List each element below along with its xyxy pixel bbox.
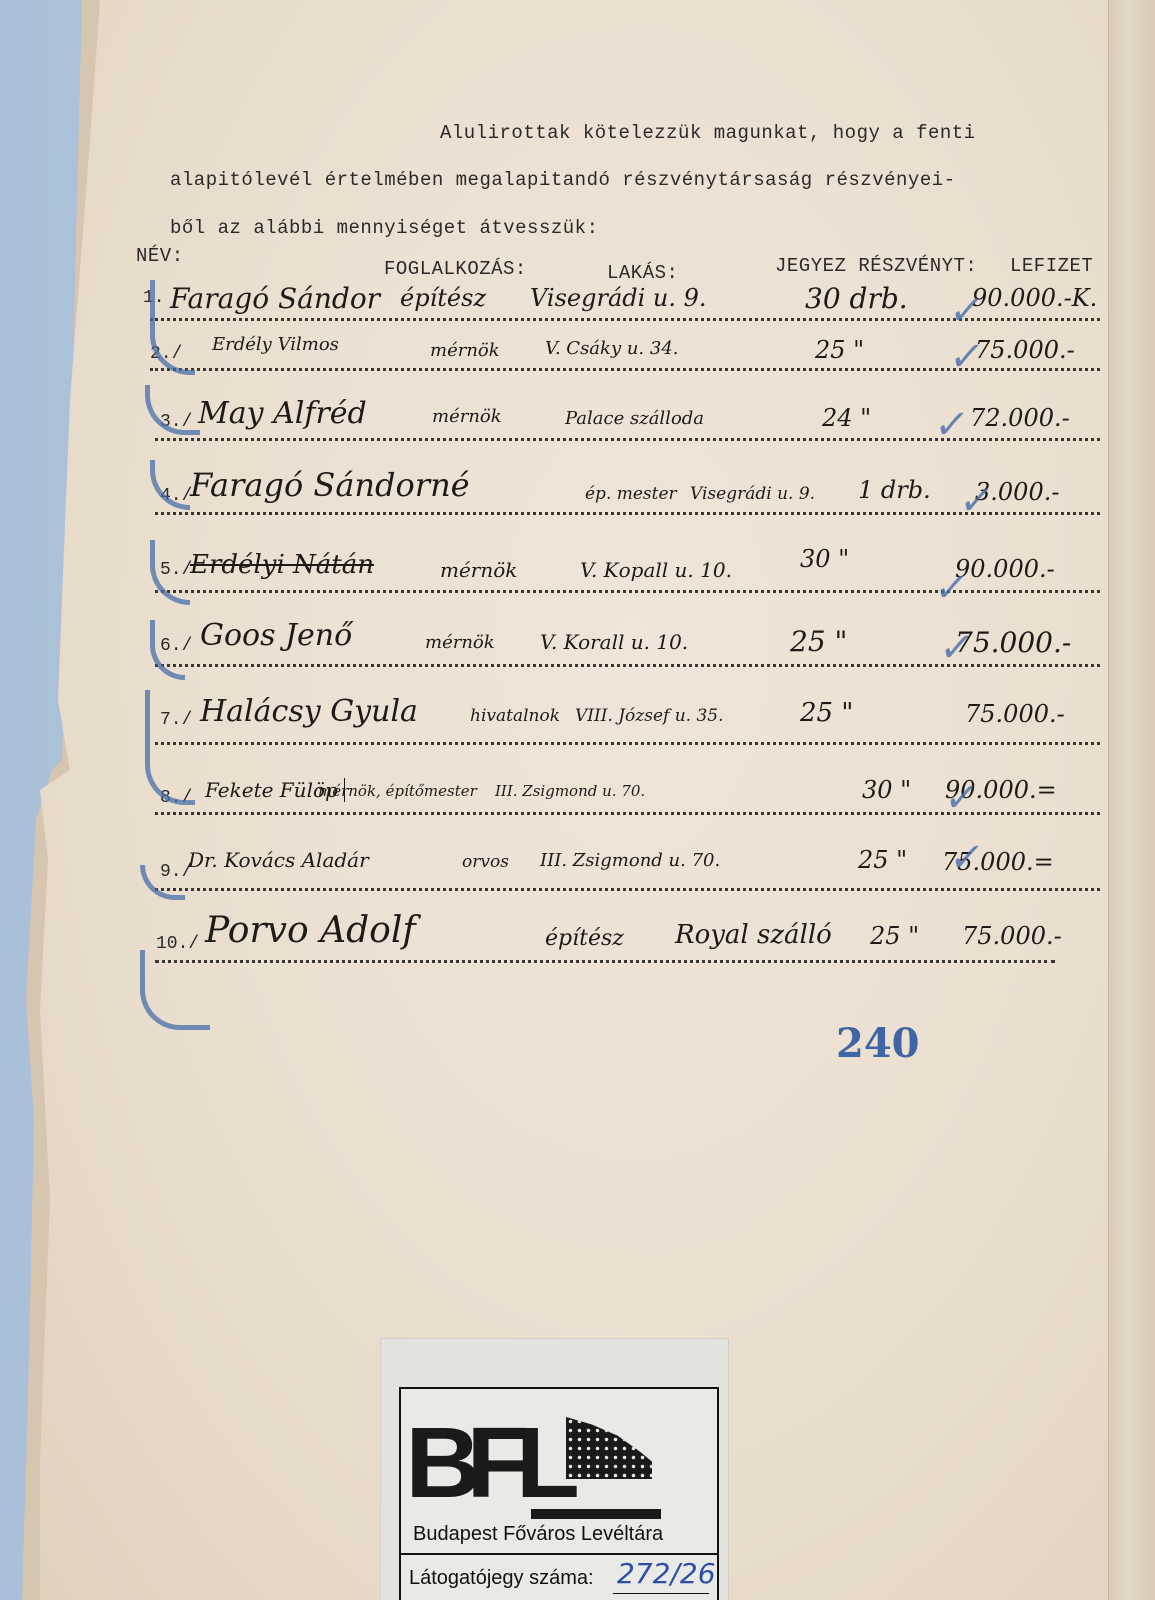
row-occupation: építész xyxy=(400,284,486,312)
checkmark-icon: ✓ xyxy=(932,565,972,611)
row-shares: 30 " xyxy=(800,545,849,573)
intro-line-2: alapitólevél értelmében megalapitandó ré… xyxy=(170,169,956,191)
row-shares: 25 " xyxy=(870,922,919,950)
row-residence: Royal szálló xyxy=(675,920,832,950)
row-residence: III. Zsigmond u. 70. xyxy=(540,850,720,871)
col-header-subscribed: JEGYEZ RÉSZVÉNYT: xyxy=(775,255,977,277)
checkmark-icon: ✓ xyxy=(947,835,987,881)
row-occupation: ép. mester xyxy=(585,484,677,504)
row-shares: 25 " xyxy=(790,625,847,658)
dotted-line xyxy=(155,742,1100,745)
row-shares: 25 " xyxy=(800,698,853,728)
row-shares: 24 " xyxy=(822,404,871,432)
row-occupation: mérnök xyxy=(440,558,517,582)
row-shares: 1 drb. xyxy=(858,476,931,504)
bfl-logo: BFL xyxy=(405,1413,565,1513)
checkmark-icon xyxy=(140,950,210,1030)
row-residence: V. Csáky u. 34. xyxy=(545,338,679,359)
ticket-label: Látogatójegy száma: xyxy=(409,1567,594,1590)
row-shares: 25 " xyxy=(858,846,907,874)
row-amount: 75.000.- xyxy=(965,700,1065,728)
row-occupation: mérnök xyxy=(432,406,502,427)
checkmark-icon xyxy=(145,690,195,805)
checkmark-icon: ✓ xyxy=(942,775,982,821)
ticket-divider xyxy=(401,1553,717,1555)
row-residence: V. Kораll u. 10. xyxy=(580,558,732,582)
row-residence: III. Zsigmond u. 70. xyxy=(495,782,645,800)
checkmark-icon: ✓ xyxy=(932,402,972,448)
ticket-number-line xyxy=(613,1593,709,1594)
archive-name: Budapest Főváros Levéltára xyxy=(413,1523,663,1546)
row-residence: Palace szálloda xyxy=(565,408,704,429)
row-occupation: építész xyxy=(545,926,624,951)
row-residence: V. Korall u. 10. xyxy=(540,630,688,654)
checkmark-icon: ✓ xyxy=(957,478,997,524)
intro-line-3: ből az alábbi mennyiséget átvesszük: xyxy=(170,217,598,239)
visitor-ticket: BFL Budapest Főváros Levéltára Látogatój… xyxy=(380,1338,729,1600)
row-name: Erdélyi Nátán xyxy=(190,550,374,580)
col-header-residence: LAKÁS: xyxy=(607,262,678,284)
ticket-number: 272/26 xyxy=(617,1557,716,1590)
row-shares: 30 " xyxy=(862,776,911,804)
row-name: Erdély Vilmos xyxy=(212,334,339,355)
dotted-line xyxy=(155,960,1055,963)
row-shares: 30 drb. xyxy=(805,282,908,315)
dotted-line xyxy=(155,888,1100,891)
checkmark-icon: ✓ xyxy=(947,334,987,380)
row-shares: 25 " xyxy=(815,336,864,364)
row-name: Faragó Sándorné xyxy=(190,466,470,504)
row-amount: 75.000.- xyxy=(962,922,1062,950)
checkmark-icon: ✓ xyxy=(937,625,977,671)
row-occupation: mérnök, építőmester xyxy=(318,782,477,800)
row-occupation: hivatalnok xyxy=(470,706,560,726)
checkmark-icon: ✓ xyxy=(947,288,987,334)
row-name: May Alfréd xyxy=(198,396,367,431)
row-occupation: mérnök xyxy=(430,340,500,361)
row-name: Halácsy Gyula xyxy=(200,694,418,729)
col-header-name: NÉV: xyxy=(136,245,184,267)
row-residence: Visegrádi u. 9. xyxy=(690,484,815,504)
row-residence: Visegrádi u. 9. xyxy=(530,284,707,312)
intro-line-1: Alulirottak kötelezzük magunkat, hogy a … xyxy=(440,122,976,144)
row-residence: VIII. József u. 35. xyxy=(575,706,724,726)
row-name: Goos Jenő xyxy=(200,618,352,653)
row-occupation: orvos xyxy=(462,852,509,872)
ticket-frame: BFL Budapest Főváros Levéltára Látogatój… xyxy=(399,1387,719,1600)
col-header-paid: LEFIZET xyxy=(1010,255,1093,277)
row-amount: 75.000.- xyxy=(975,336,1075,364)
row-name: Porvo Adolf xyxy=(205,910,416,951)
row-name: Faragó Sándor xyxy=(170,282,380,315)
row-occupation: mérnök xyxy=(425,632,495,653)
archive-building-icon xyxy=(566,1417,652,1479)
row-amount: 72.000.- xyxy=(970,404,1070,432)
logo-base-bar xyxy=(531,1509,661,1519)
row-amount: 90.000.-K. xyxy=(972,284,1097,312)
row-name: Dr. Kovács Aladár xyxy=(188,848,369,872)
paper-right-edge xyxy=(1108,0,1155,1600)
total-note: 240 xyxy=(836,1020,920,1067)
col-header-occupation: FOGLALKOZÁS: xyxy=(384,258,527,280)
